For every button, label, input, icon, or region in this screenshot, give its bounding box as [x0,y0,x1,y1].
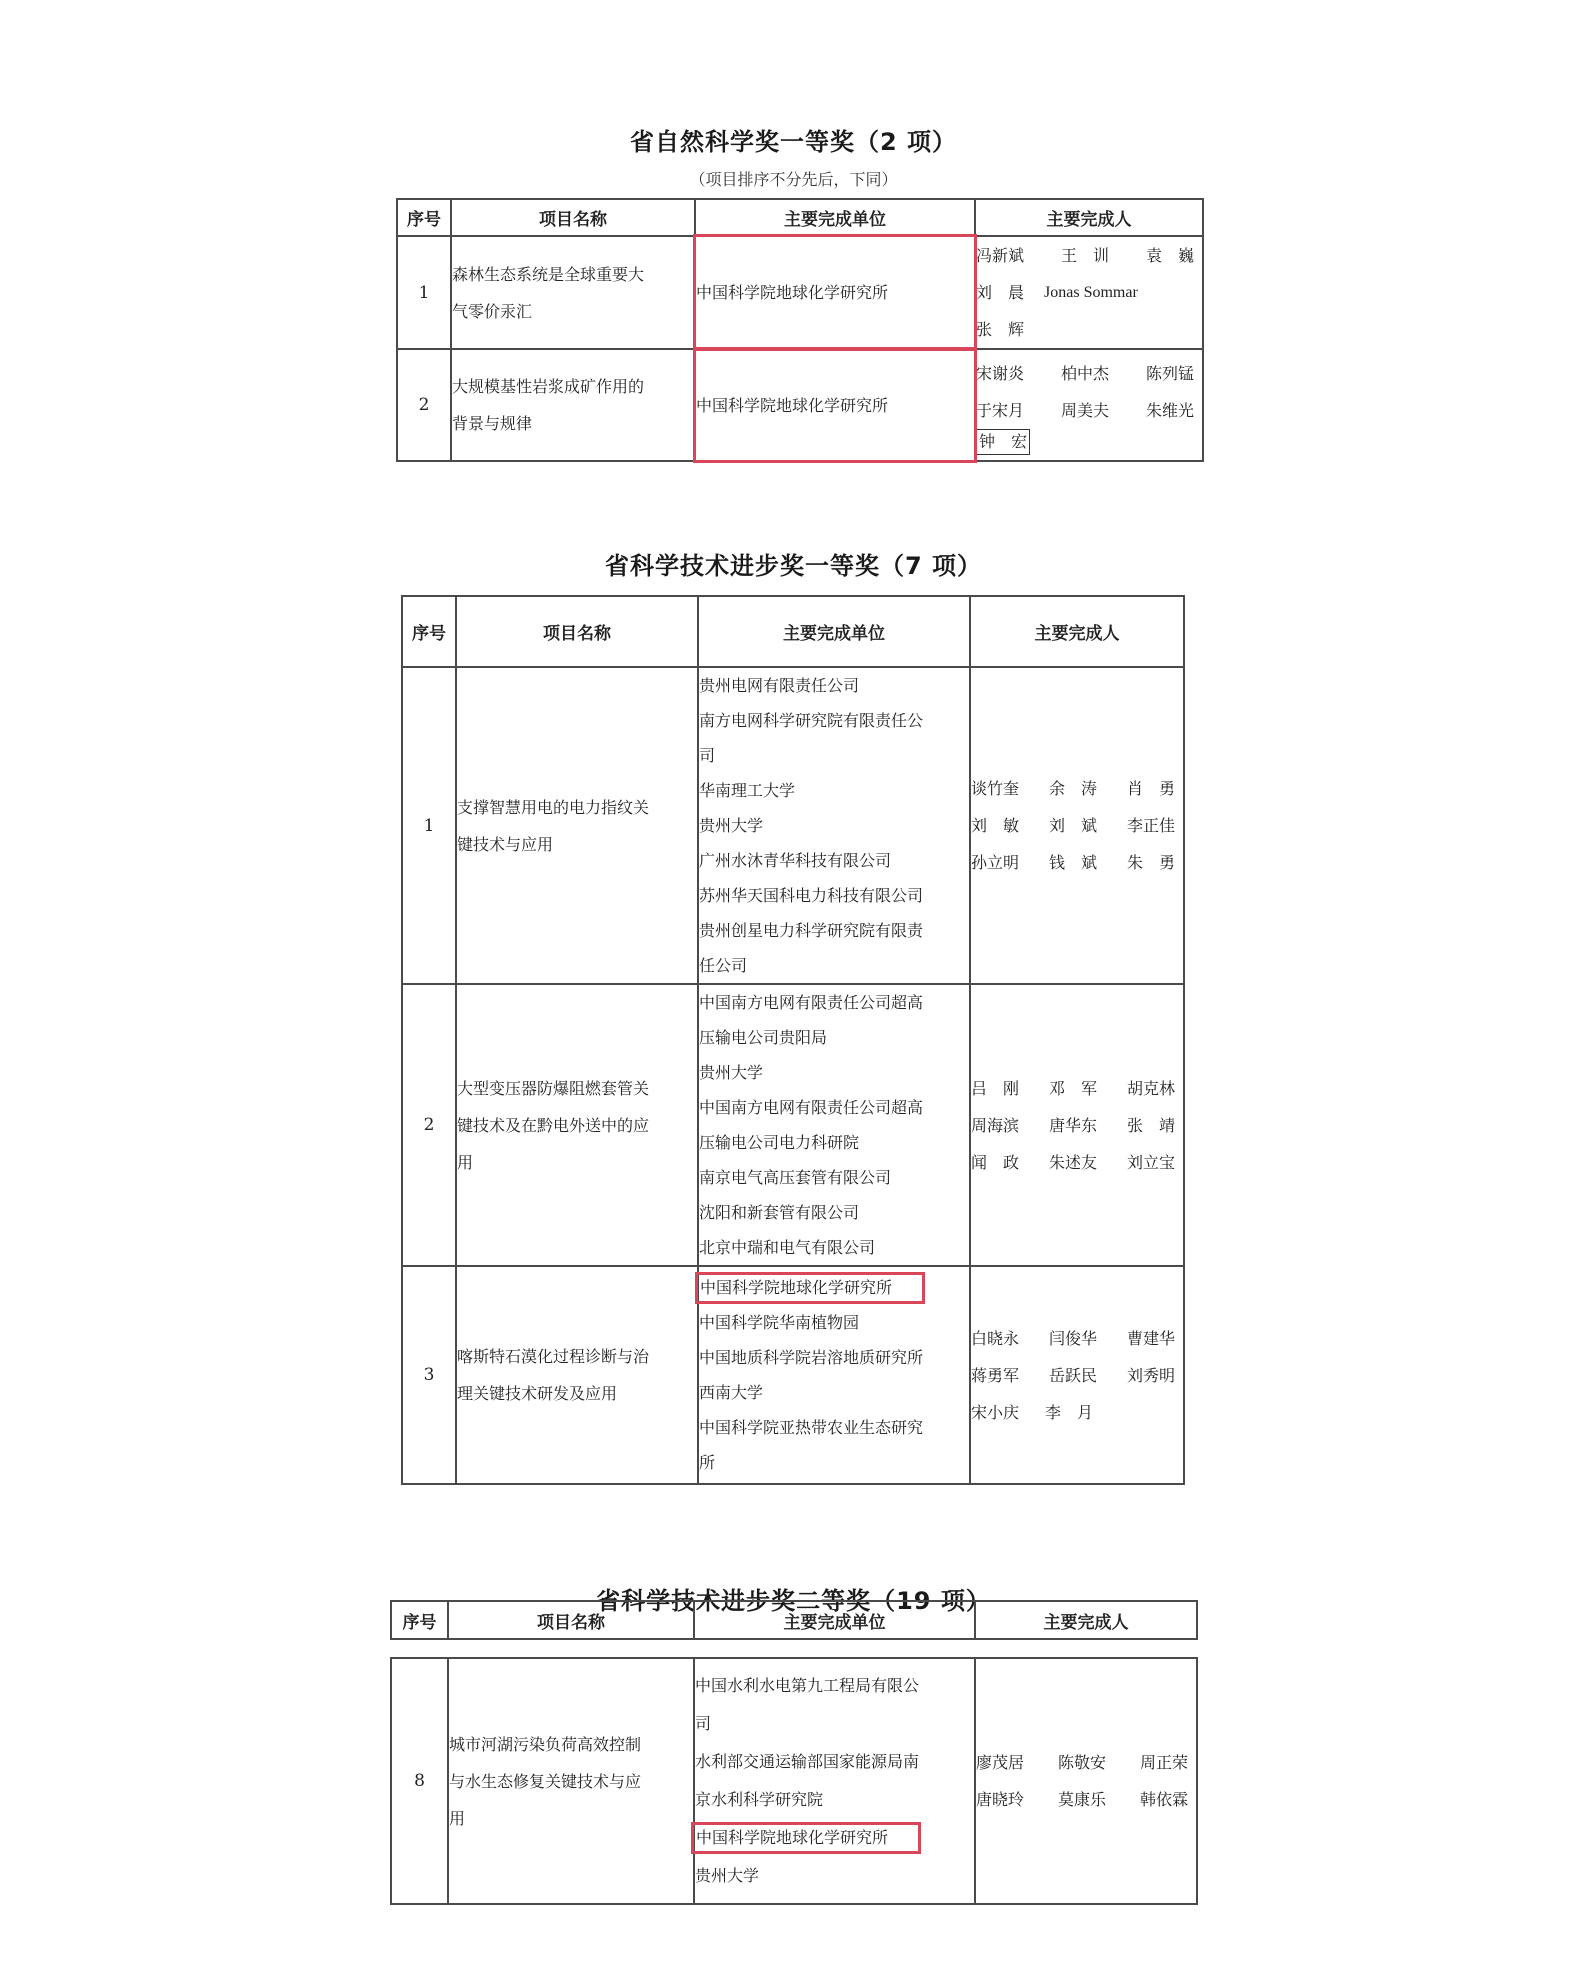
header-project-name: 项目名称 [456,596,698,667]
people-row: 刘 敏 刘 斌 李正佳 [971,807,1183,844]
person-name: 袁 巍 [1146,237,1194,274]
person-name: 宋谢炎 [976,355,1024,392]
header-main-people: 主要完成人 [970,596,1184,667]
people-cell: 廖茂居 陈敬安 周正荣 唐晓玲 莫康乐 韩依霖 [975,1658,1197,1904]
person-name: 唐晓玲 [976,1781,1024,1818]
unit-name: 中国地质科学院岩溶地质研究所 [699,1340,969,1375]
unit-name: 苏州华天国科电力科技有限公司 [699,878,969,913]
people-row: 白晓永 闫俊华 曹建华 [971,1320,1183,1357]
unit-name: 南方电网科学研究院有限责任公 [699,703,969,738]
project-name-line: 支撑智慧用电的电力指纹关 [457,789,697,826]
project-name-line: 大规模基性岩浆成矿作用的 [452,368,694,405]
person-name: 肖 勇 [1127,770,1175,807]
highlight-box: 中国科学院地球化学研究所 [691,1822,921,1854]
unit-name: 沈阳和新套管有限公司 [699,1195,969,1230]
person-name: 闻 政 [971,1144,1019,1181]
person-name: 李 月 [1045,1394,1093,1431]
people-row: 刘 晨 Jonas Sommar [976,274,1202,311]
person-name: 廖茂居 [976,1744,1024,1781]
project-name: 大规模基性岩浆成矿作用的 背景与规律 [451,349,695,461]
unit-name: 压输电公司电力科研院 [699,1125,969,1160]
project-name-line: 与水生态修复关键技术与应 [449,1763,693,1800]
person-name: 宋小庆 [971,1394,1019,1431]
person-name: 刘立宝 [1127,1144,1175,1181]
header-project-name: 项目名称 [448,1601,694,1639]
person-name: 刘 敏 [971,807,1019,844]
unit-name: 中国水利水电第九工程局有限公 [695,1667,974,1705]
unit-name: 华南理工大学 [699,773,969,808]
unit-name: 贵州大学 [699,1055,969,1090]
table-header-row: 序号 项目名称 主要完成单位 主要完成人 [402,596,1184,667]
unit-name-highlighted: 中国科学院地球化学研究所 [695,1819,974,1857]
unit-name: 压输电公司贵阳局 [699,1020,969,1055]
row-seq: 2 [402,984,456,1266]
people-row: 吕 刚 邓 军 胡克林 [971,1070,1183,1107]
project-name-line: 理关键技术研发及应用 [457,1375,697,1412]
header-seq: 序号 [402,596,456,667]
boxed-person-name: 钟 宏 [976,429,1030,455]
unit-name: 贵州创星电力科学研究院有限责 [699,913,969,948]
section-title-sci-tech-progress-first: 省科学技术进步奖一等奖（7 项） [0,546,1587,581]
project-name-line: 背景与规律 [452,405,694,442]
person-name: 陈敬安 [1058,1744,1106,1781]
award-table-sci-tech-progress-second: 8 城市河湖污染负荷高效控制 与水生态修复关键技术与应 用 中国水利水电第九工程… [390,1657,1198,1905]
unit-name-highlighted: 中国科学院地球化学研究所 [699,1270,969,1305]
unit-name: 水利部交通运输部国家能源局南 [695,1743,974,1781]
person-name: Jonas Sommar [1044,274,1138,311]
people-row: 于宋月 周美夫 朱维光 [976,392,1202,429]
people-cell: 白晓永 闫俊华 曹建华 蒋勇军 岳跃民 刘秀明 宋小庆 李 月 [970,1266,1184,1484]
unit-name: 中国科学院亚热带农业生态研究 [699,1410,969,1445]
people-row: 唐晓玲 莫康乐 韩依霖 [976,1781,1196,1818]
unit-name: 中国科学院华南植物园 [699,1305,969,1340]
section-title-natural-science-first: 省自然科学奖一等奖（2 项） [0,122,1587,157]
unit-name: 西南大学 [699,1375,969,1410]
project-name: 大型变压器防爆阻燃套管关 键技术及在黔电外送中的应 用 [456,984,698,1266]
table-row: 2 大规模基性岩浆成矿作用的 背景与规律 中国科学院地球化学研究所 宋谢炎 柏中… [397,349,1203,461]
person-name: 王 训 [1061,237,1109,274]
project-name-line: 森林生态系统是全球重要大 [452,256,694,293]
highlighted-unit-cell: 中国科学院地球化学研究所 [695,236,975,349]
header-main-units: 主要完成单位 [694,1601,975,1639]
project-name: 支撑智慧用电的电力指纹关 键技术与应用 [456,667,698,984]
row-seq: 1 [402,667,456,984]
header-main-people: 主要完成人 [975,199,1203,236]
project-name-line: 城市河湖污染负荷高效控制 [449,1726,693,1763]
units-cell: 贵州电网有限责任公司 南方电网科学研究院有限责任公 司 华南理工大学 贵州大学 … [698,667,970,984]
people-cell: 谈竹奎 余 涛 肖 勇 刘 敏 刘 斌 李正佳 孙立明 钱 斌 朱 勇 [970,667,1184,984]
unit-name: 中国南方电网有限责任公司超高 [699,1090,969,1125]
people-row: 宋小庆 李 月 [971,1394,1183,1431]
project-name-line: 气零价汞汇 [452,293,694,330]
unit-name: 所 [699,1445,969,1480]
row-seq: 1 [397,236,451,349]
person-name: 刘 斌 [1049,807,1097,844]
unit-name: 贵州大学 [695,1857,974,1895]
person-name: 钱 斌 [1049,844,1097,881]
project-name-line: 键技术与应用 [457,826,697,863]
header-main-units: 主要完成单位 [695,199,975,236]
award-table-natural-science-first: 序号 项目名称 主要完成单位 主要完成人 1 森林生态系统是全球重要大 气零价汞… [396,198,1204,462]
header-main-people: 主要完成人 [975,1601,1197,1639]
project-name-line: 用 [457,1144,697,1181]
project-name: 喀斯特石漠化过程诊断与治 理关键技术研发及应用 [456,1266,698,1484]
person-name: 李正佳 [1127,807,1175,844]
highlighted-unit-cell: 中国科学院地球化学研究所 [695,349,975,461]
people-row: 冯新斌 王 训 袁 巍 [976,237,1202,274]
unit-name: 京水利科学研究院 [695,1781,974,1819]
person-name: 张 辉 [976,311,1024,348]
project-name-line: 键技术及在黔电外送中的应 [457,1107,697,1144]
row-seq: 2 [397,349,451,461]
unit-name: 中国南方电网有限责任公司超高 [699,985,969,1020]
table-row: 2 大型变压器防爆阻燃套管关 键技术及在黔电外送中的应 用 中国南方电网有限责任… [402,984,1184,1266]
header-seq: 序号 [391,1601,448,1639]
unit-name: 中国科学院地球化学研究所 [696,388,974,423]
row-seq: 3 [402,1266,456,1484]
units-cell: 中国水利水电第九工程局有限公 司 水利部交通运输部国家能源局南 京水利科学研究院… [694,1658,975,1904]
units-cell: 中国南方电网有限责任公司超高 压输电公司贵阳局 贵州大学 中国南方电网有限责任公… [698,984,970,1266]
person-name: 朱述友 [1049,1144,1097,1181]
header-project-name: 项目名称 [451,199,695,236]
unit-name: 司 [699,738,969,773]
units-cell: 中国科学院地球化学研究所 中国科学院华南植物园 中国地质科学院岩溶地质研究所 西… [698,1266,970,1484]
people-row: 周海滨 唐华东 张 靖 [971,1107,1183,1144]
award-table-sci-tech-progress-first: 序号 项目名称 主要完成单位 主要完成人 1 支撑智慧用电的电力指纹关 键技术与… [401,595,1185,1485]
unit-name: 广州水沐青华科技有限公司 [699,843,969,878]
person-name: 胡克林 [1127,1070,1175,1107]
project-name-line: 喀斯特石漠化过程诊断与治 [457,1338,697,1375]
person-name: 周正荣 [1140,1744,1188,1781]
people-row: 蒋勇军 岳跃民 刘秀明 [971,1357,1183,1394]
person-name: 闫俊华 [1049,1320,1097,1357]
person-name: 岳跃民 [1049,1357,1097,1394]
people-row: 宋谢炎 柏中杰 陈列锰 [976,355,1202,392]
person-name: 谈竹奎 [971,770,1019,807]
unit-name: 司 [695,1705,974,1743]
unit-name: 北京中瑞和电气有限公司 [699,1230,969,1265]
person-name: 于宋月 [976,392,1024,429]
table-row: 8 城市河湖污染负荷高效控制 与水生态修复关键技术与应 用 中国水利水电第九工程… [391,1658,1197,1904]
person-name: 冯新斌 [976,237,1024,274]
person-name: 余 涛 [1049,770,1097,807]
person-name: 刘 晨 [976,274,1024,311]
person-name: 刘秀明 [1127,1357,1175,1394]
person-name: 朱 勇 [1127,844,1175,881]
person-name: 张 靖 [1127,1107,1175,1144]
highlight-box: 中国科学院地球化学研究所 [695,1272,925,1304]
person-name: 吕 刚 [971,1070,1019,1107]
project-name: 森林生态系统是全球重要大 气零价汞汇 [451,236,695,349]
project-name: 城市河湖污染负荷高效控制 与水生态修复关键技术与应 用 [448,1658,694,1904]
table-header-row: 序号 项目名称 主要完成单位 主要完成人 [397,199,1203,236]
header-main-units: 主要完成单位 [698,596,970,667]
people-cell: 吕 刚 邓 军 胡克林 周海滨 唐华东 张 靖 闻 政 朱述友 刘立宝 [970,984,1184,1266]
person-name: 陈列锰 [1146,355,1194,392]
unit-name: 南京电气高压套管有限公司 [699,1160,969,1195]
person-name: 蒋勇军 [971,1357,1019,1394]
unit-name: 贵州电网有限责任公司 [699,668,969,703]
person-name: 孙立明 [971,844,1019,881]
person-name: 唐华东 [1049,1107,1097,1144]
project-name-line: 用 [449,1800,693,1837]
section-subtitle-note: （项目排序不分先后，下同） [0,167,1587,190]
people-row: 谈竹奎 余 涛 肖 勇 [971,770,1183,807]
people-row: 张 辉 [976,311,1202,348]
person-name: 白晓永 [971,1320,1019,1357]
person-name: 莫康乐 [1058,1781,1106,1818]
people-row: 孙立明 钱 斌 朱 勇 [971,844,1183,881]
person-name: 柏中杰 [1061,355,1109,392]
person-name: 曹建华 [1127,1320,1175,1357]
person-name: 邓 军 [1049,1070,1097,1107]
project-name-line: 大型变压器防爆阻燃套管关 [457,1070,697,1107]
unit-name: 贵州大学 [699,808,969,843]
person-name: 周美夫 [1061,392,1109,429]
table-header-row: 序号 项目名称 主要完成单位 主要完成人 [391,1601,1197,1639]
table-row: 1 支撑智慧用电的电力指纹关 键技术与应用 贵州电网有限责任公司 南方电网科学研… [402,667,1184,984]
row-seq: 8 [391,1658,448,1904]
award-table-header-sci-tech-progress-second: 序号 项目名称 主要完成单位 主要完成人 [390,1600,1198,1640]
unit-name: 任公司 [699,948,969,983]
table-row: 3 喀斯特石漠化过程诊断与治 理关键技术研发及应用 中国科学院地球化学研究所 中… [402,1266,1184,1484]
unit-name: 中国科学院地球化学研究所 [696,275,974,310]
person-name: 韩依霖 [1140,1781,1188,1818]
people-row: 钟 宏 [976,429,1202,455]
table-row: 1 森林生态系统是全球重要大 气零价汞汇 中国科学院地球化学研究所 冯新斌 王 … [397,236,1203,349]
header-seq: 序号 [397,199,451,236]
people-row: 闻 政 朱述友 刘立宝 [971,1144,1183,1181]
person-name: 朱维光 [1146,392,1194,429]
people-row: 廖茂居 陈敬安 周正荣 [976,1744,1196,1781]
person-name: 周海滨 [971,1107,1019,1144]
people-cell: 冯新斌 王 训 袁 巍 刘 晨 Jonas Sommar 张 辉 [975,236,1203,349]
people-cell: 宋谢炎 柏中杰 陈列锰 于宋月 周美夫 朱维光 钟 宏 [975,349,1203,461]
